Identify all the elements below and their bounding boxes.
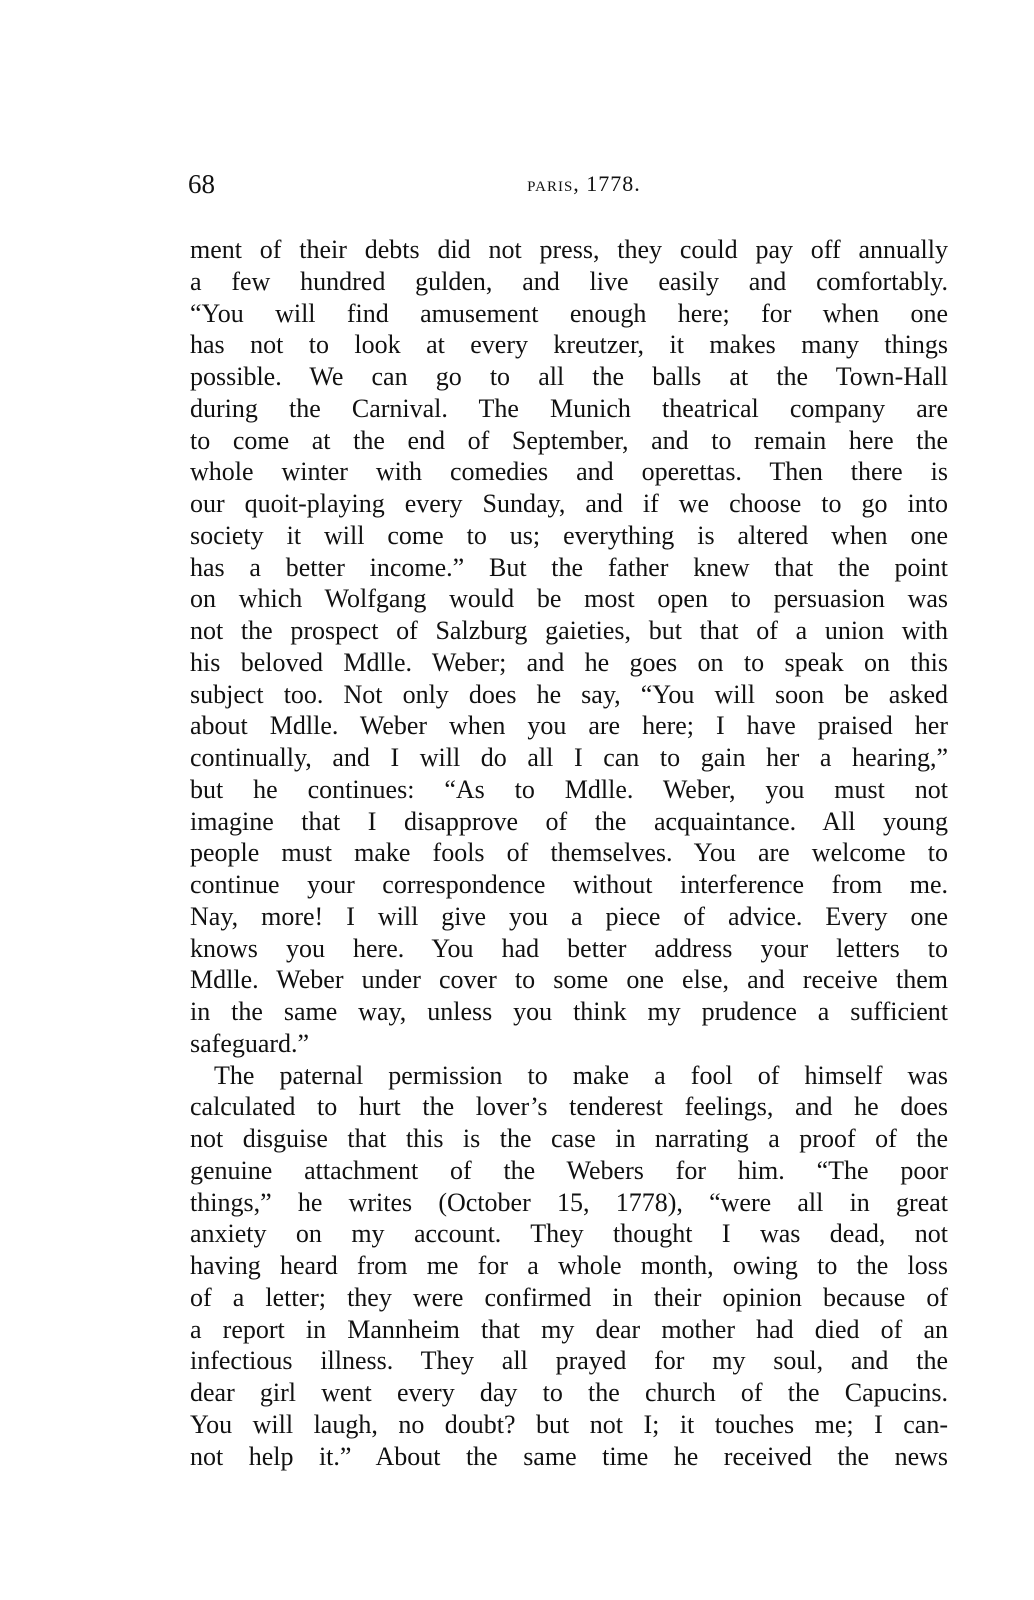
text-line: has not to look at every kreutzer, it ma… bbox=[190, 329, 948, 361]
text-line: The paternal permission to make a fool o… bbox=[190, 1060, 948, 1092]
text-line: whole winter with comedies and operettas… bbox=[190, 456, 948, 488]
text-line: subject too. Not only does he say, “You … bbox=[190, 679, 948, 711]
body-text: ment of their debts did not press, they … bbox=[190, 234, 948, 1472]
text-line: things,” he writes (October 15, 1778), “… bbox=[190, 1187, 948, 1219]
running-title: paris, 1778. bbox=[188, 166, 950, 202]
text-line: not the prospect of Salzburg gaieties, b… bbox=[190, 615, 948, 647]
text-line: his beloved Mdlle. Weber; and he goes on… bbox=[190, 647, 948, 679]
text-line: not help it.” About the same time he rec… bbox=[190, 1441, 948, 1473]
text-line: about Mdlle. Weber when you are here; I … bbox=[190, 710, 948, 742]
text-line: continue your correspondence without int… bbox=[190, 869, 948, 901]
book-page: 68 paris, 1778. ment of their debts did … bbox=[0, 0, 1034, 1600]
text-line: a report in Mannheim that my dear mother… bbox=[190, 1314, 948, 1346]
text-line: possible. We can go to all the balls at … bbox=[190, 361, 948, 393]
text-line: genuine attachment of the Webers for him… bbox=[190, 1155, 948, 1187]
text-line: knows you here. You had better address y… bbox=[190, 933, 948, 965]
text-line: having heard from me for a whole month, … bbox=[190, 1250, 948, 1282]
text-line: to come at the end of September, and to … bbox=[190, 425, 948, 457]
text-line: You will laugh, no doubt? but not I; it … bbox=[190, 1409, 948, 1441]
text-line: has a better income.” But the father kne… bbox=[190, 552, 948, 584]
text-line: on which Wolfgang would be most open to … bbox=[190, 583, 948, 615]
running-head: 68 paris, 1778. bbox=[188, 166, 950, 202]
text-line: Nay, more! I will give you a piece of ad… bbox=[190, 901, 948, 933]
text-line: infectious illness. They all prayed for … bbox=[190, 1345, 948, 1377]
text-line: Mdlle. Weber under cover to some one els… bbox=[190, 964, 948, 996]
text-line: a few hundred gulden, and live easily an… bbox=[190, 266, 948, 298]
text-line: society it will come to us; everything i… bbox=[190, 520, 948, 552]
text-line: “You will find amusement enough here; fo… bbox=[190, 298, 948, 330]
text-line: our quoit-playing every Sunday, and if w… bbox=[190, 488, 948, 520]
text-line: during the Carnival. The Munich theatric… bbox=[190, 393, 948, 425]
text-line: but he continues: “As to Mdlle. Weber, y… bbox=[190, 774, 948, 806]
text-line: anxiety on my account. They thought I wa… bbox=[190, 1218, 948, 1250]
text-line: safeguard.” bbox=[190, 1028, 948, 1060]
text-line: of a letter; they were confirmed in thei… bbox=[190, 1282, 948, 1314]
text-line: continually, and I will do all I can to … bbox=[190, 742, 948, 774]
text-line: not disguise that this is the case in na… bbox=[190, 1123, 948, 1155]
text-line: dear girl went every day to the church o… bbox=[190, 1377, 948, 1409]
text-line: in the same way, unless you think my pru… bbox=[190, 996, 948, 1028]
text-line: calculated to hurt the lover’s tenderest… bbox=[190, 1091, 948, 1123]
text-line: imagine that I disapprove of the acquain… bbox=[190, 806, 948, 838]
text-line: ment of their debts did not press, they … bbox=[190, 234, 948, 266]
text-line: people must make fools of themselves. Yo… bbox=[190, 837, 948, 869]
